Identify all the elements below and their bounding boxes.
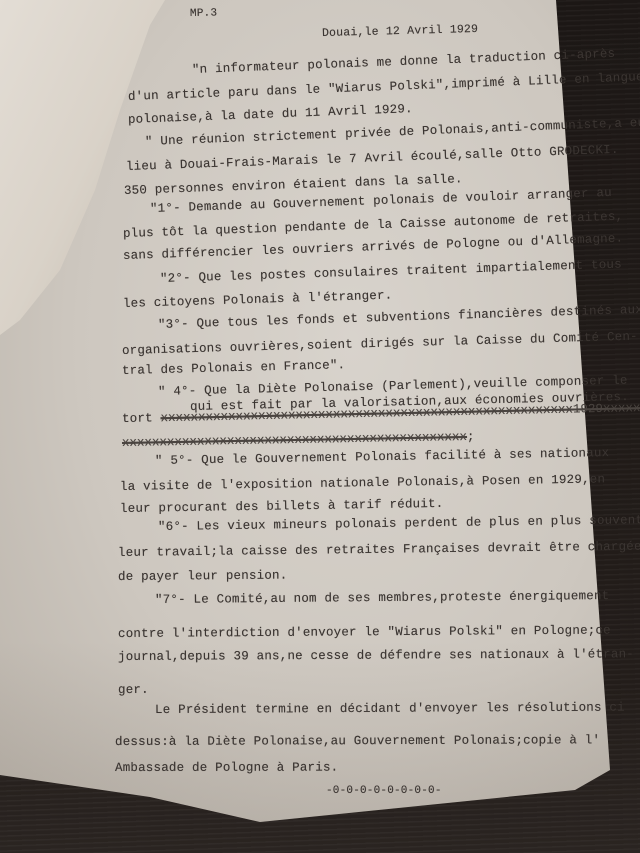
paragraph-line: dessus:à la Diète Polonaise,au Gouvernem… — [115, 733, 600, 749]
resolution-2: "2°- Que les postes consulaires traitent… — [160, 257, 622, 286]
paragraph-line: la visite de l'exposition nationale Polo… — [120, 472, 605, 494]
paragraph-line: polonaise,à la date du 11 Avril 1929. — [128, 102, 413, 127]
struck-out-text: xxxxxxxxxxxxxxxxxxxxxxxxxxxxxxxxxxxxxxxx… — [122, 430, 467, 450]
paragraph-line: "n informateur polonais me donne la trad… — [192, 47, 616, 77]
semicolon: ; — [467, 430, 475, 444]
dateline: Douai,le 12 Avril 1929 — [322, 23, 479, 40]
page-reference: MP.3 — [190, 7, 217, 20]
paragraph-line: les citoyens Polonais à l'étranger. — [123, 289, 393, 311]
paragraph-line: ger. — [118, 683, 149, 697]
word-tort: tort — [122, 411, 153, 426]
paragraph-line: tral des Polonais en France". — [122, 358, 346, 378]
paragraph-line: de payer leur pension. — [118, 569, 288, 584]
paragraph-line: leur procurant des billets à tarif rédui… — [120, 497, 444, 516]
struck-out-line: xxxxxxxxxxxxxxxxxxxxxxxxxxxxxxxxxxxxxxxx… — [122, 430, 475, 450]
photo-scene: MP.3 Douai,le 12 Avril 1929 "n informate… — [0, 0, 640, 853]
paragraph-line: Ambassade de Pologne à Paris. — [115, 761, 338, 775]
closing-paragraph: Le Président termine en décidant d'envoy… — [155, 701, 625, 717]
paragraph-line: leur travail;la caisse des retraites Fra… — [118, 540, 640, 560]
resolution-6: "6°- Les vieux mineurs polonais perdent … — [158, 513, 640, 534]
paragraph-line: journal,depuis 39 ans,ne cesse de défend… — [118, 647, 634, 664]
end-of-document-mark: -0-0-0-0-0-0-0-0- — [326, 785, 442, 797]
resolution-7: "7°- Le Comité,au nom de ses membres,pro… — [155, 589, 609, 607]
resolution-5: " 5°- Que le Gouvernement Polonais facil… — [155, 446, 610, 468]
paragraph-line: organisations ouvrières,soient dirigés s… — [122, 330, 638, 358]
paragraph-line: contre l'interdiction d'envoyer le "Wiar… — [118, 624, 611, 641]
paragraph-line: lieu à Douai-Frais-Marais le 7 Avril éco… — [126, 143, 619, 174]
